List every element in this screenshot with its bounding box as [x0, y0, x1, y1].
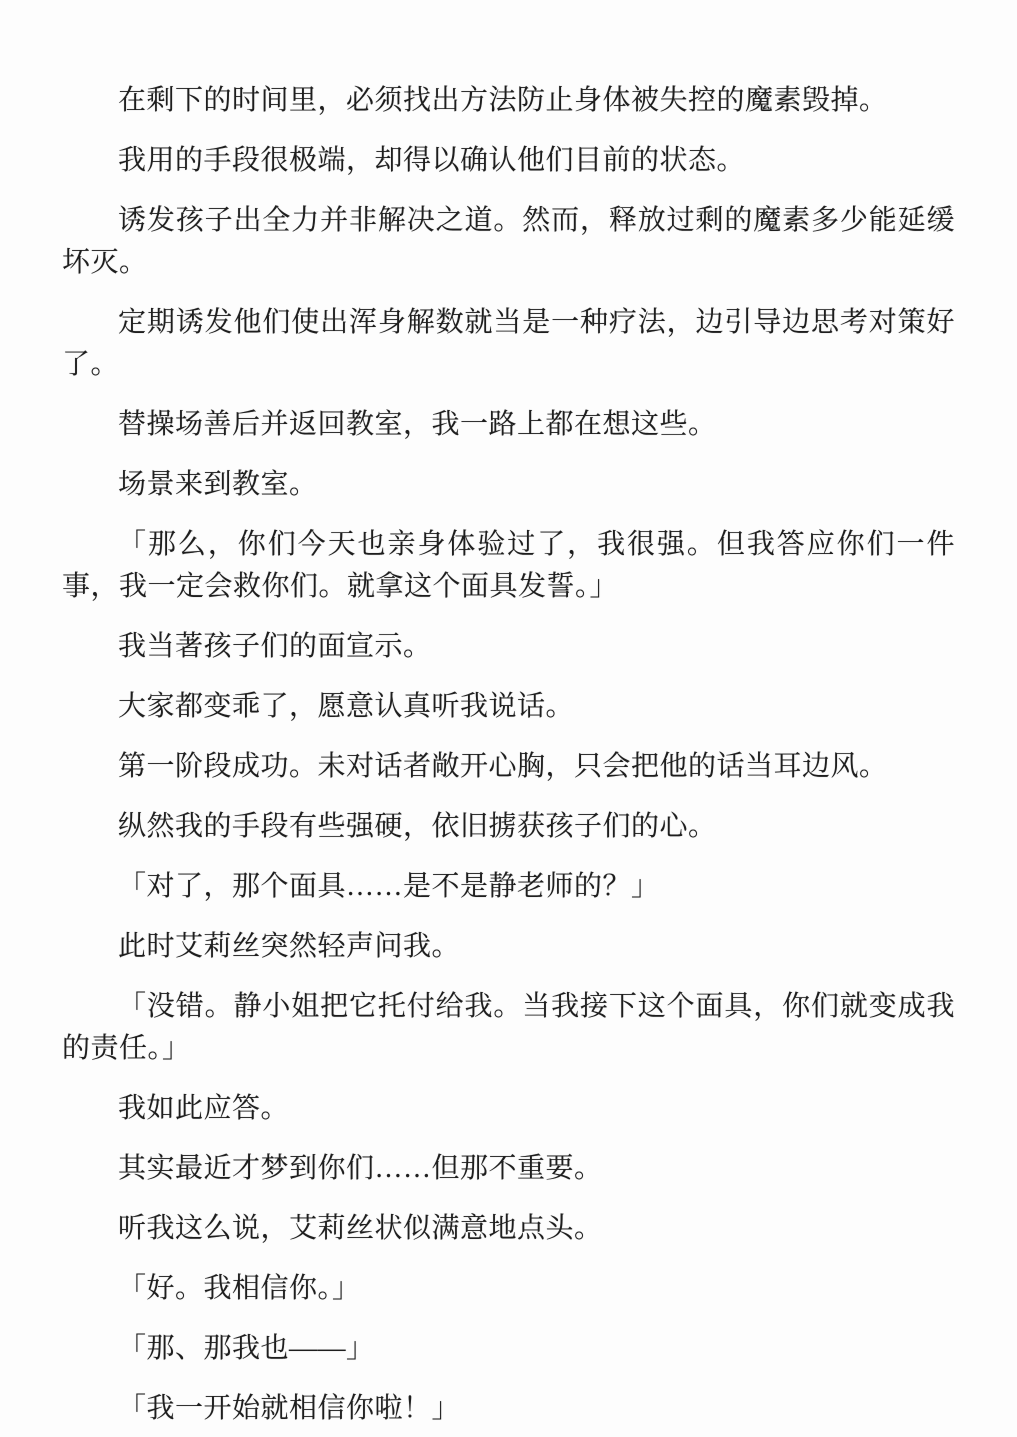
- paragraph-dialogue: 「对了，那个面具……是不是静老师的？」: [62, 866, 955, 908]
- paragraph-dialogue: 「那、那我也——」: [62, 1328, 955, 1370]
- paragraph-dialogue: 「没错。静小姐把它托付给我。当我接下这个面具，你们就变成我的责任。」: [62, 986, 955, 1070]
- paragraph: 第一阶段成功。未对话者敞开心胸，只会把他的话当耳边风。: [62, 746, 955, 788]
- paragraph: 大家都变乖了，愿意认真听我说话。: [62, 686, 955, 728]
- paragraph-dialogue: 「好。我相信你。」: [62, 1268, 955, 1310]
- paragraph: 诱发孩子出全力并非解决之道。然而，释放过剩的魔素多少能延缓坏灭。: [62, 200, 955, 284]
- paragraph: 我用的手段很极端，却得以确认他们目前的状态。: [62, 140, 955, 182]
- paragraph: 在剩下的时间里，必须找出方法防止身体被失控的魔素毁掉。: [62, 80, 955, 122]
- paragraph: 听我这么说，艾莉丝状似满意地点头。: [62, 1208, 955, 1250]
- paragraph: 此时艾莉丝突然轻声问我。: [62, 926, 955, 968]
- paragraph: 我如此应答。: [62, 1088, 955, 1130]
- paragraph: 场景来到教室。: [62, 464, 955, 506]
- paragraph: 我当著孩子们的面宣示。: [62, 626, 955, 668]
- paragraph-dialogue: 「我一开始就相信你啦！」: [62, 1388, 955, 1430]
- paragraph: 定期诱发他们使出浑身解数就当是一种疗法，边引导边思考对策好了。: [62, 302, 955, 386]
- paragraph: 替操场善后并返回教室，我一路上都在想这些。: [62, 404, 955, 446]
- novel-page: 在剩下的时间里，必须找出方法防止身体被失控的魔素毁掉。 我用的手段很极端，却得以…: [0, 0, 1017, 1437]
- paragraph-dialogue: 「那么，你们今天也亲身体验过了，我很强。但我答应你们一件事，我一定会救你们。就拿…: [62, 524, 955, 608]
- paragraph: 纵然我的手段有些强硬，依旧掳获孩子们的心。: [62, 806, 955, 848]
- paragraph: 其实最近才梦到你们……但那不重要。: [62, 1148, 955, 1190]
